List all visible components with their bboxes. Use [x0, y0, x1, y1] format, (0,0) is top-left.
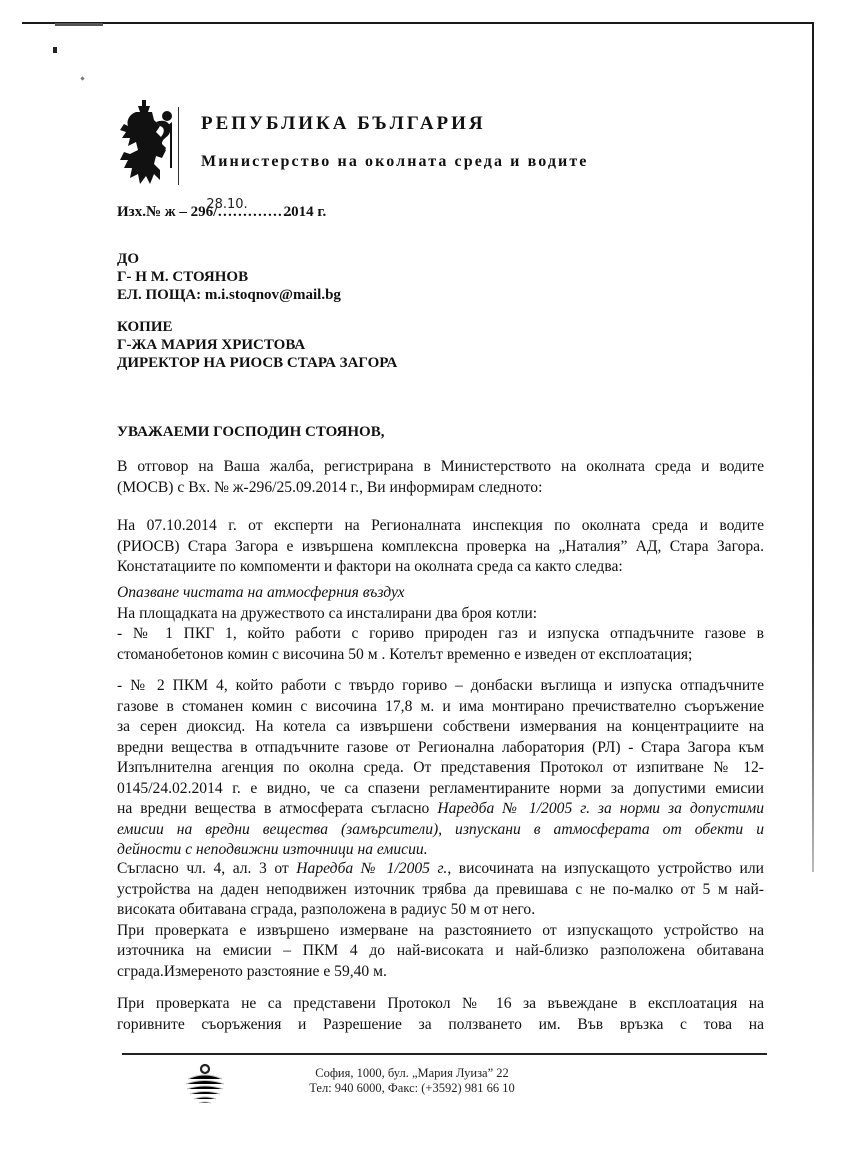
text-line: - № 1 ПКГ 1, който работи с гориво приро…: [117, 624, 764, 645]
country-title: РЕПУБЛИКА БЪЛГАРИЯ: [201, 113, 486, 135]
text-line: източника на емисии – ПКМ 4 до най-висок…: [117, 941, 764, 962]
text-line: на вредни вещества в атмосферата съгласн…: [117, 799, 764, 820]
section-heading: Опазване чистата на атмосферния въздух: [117, 583, 764, 604]
ministry-title: Министерство на околната среда и водите: [201, 153, 589, 171]
text-line: вредни вещества в отпадъчните газове от …: [117, 738, 764, 759]
copy-name: Г-ЖА МАРИЯ ХРИСТОВА: [117, 336, 397, 354]
text-line: (РИОСВ) Стара Загора е извършена комплек…: [117, 537, 764, 558]
copy-position: ДИРЕКТОР НА РИОСВ СТАРА ЗАГОРА: [117, 354, 397, 372]
letterhead-divider: [178, 107, 179, 185]
text-line: Съгласно чл. 4, ал. 3 от Наредба № 1/200…: [117, 859, 764, 880]
greeting: УВАЖАЕМИ ГОСПОДИН СТОЯНОВ,: [117, 423, 384, 441]
text-line: В отговор на Ваша жалба, регистрирана в …: [117, 457, 764, 478]
recipient-email: m.i.stoqnov@mail.bg: [205, 287, 341, 303]
text-line: стоманобетонов комин с височина 50 м . К…: [117, 645, 764, 666]
paragraph-boiler-2: - № 2 ПКМ 4, който работи с твърдо горив…: [117, 676, 764, 861]
text-line: Констатациите по компоменти и фактори на…: [117, 557, 764, 578]
text-line: сграда.Измереното разстояние е 59,40 м.: [117, 962, 764, 983]
recipient-name: Г- Н М. СТОЯНОВ: [117, 268, 341, 286]
paragraph-protocol: При проверката не са представени Протоко…: [117, 994, 764, 1035]
paragraph-chimney-height: Съгласно чл. 4, ал. 3 от Наредба № 1/200…: [117, 859, 764, 982]
text-line: При проверката не са представени Протоко…: [117, 994, 764, 1015]
text-line: - № 2 ПКМ 4, който работи с твърдо горив…: [117, 676, 764, 697]
text-line: (МОСВ) с Вх. № ж-296/25.09.2014 г., Ви и…: [117, 478, 764, 499]
handwritten-date: 28.10.: [206, 197, 247, 212]
scan-speck: [80, 76, 84, 80]
regulation-reference: Наредба № 1/2005 г.: [296, 860, 447, 877]
text-line: високата обитавана сграда, разположена в…: [117, 900, 764, 921]
text-line: газове в стоманен комин с височина 17,8 …: [117, 697, 764, 718]
recipient-block: ДО Г- Н М. СТОЯНОВ ЕЛ. ПОЩА: m.i.stoqnov…: [117, 250, 341, 304]
footer-address: София, 1000, бул. „Мария Луиза” 22: [298, 1066, 526, 1081]
scan-border-top: [22, 22, 814, 24]
text-line: за серен диоксид. На котела са извършени…: [117, 717, 764, 738]
text-line: горивните съоръжения и Разрешение за пол…: [117, 1015, 764, 1036]
ministry-sun-logo-icon: [178, 1061, 232, 1107]
scan-speck: [53, 47, 57, 53]
text-line: устройства на даден неподвижен източник …: [117, 880, 764, 901]
coat-of-arms-lion-icon: [116, 98, 178, 190]
email-label: ЕЛ. ПОЩА:: [117, 287, 201, 303]
reference-year: 2014 г.: [284, 204, 327, 220]
text-line: 0145/24.02.2014 г. е видно, че са спазен…: [117, 779, 764, 800]
paragraph-intro: В отговор на Ваша жалба, регистрирана в …: [117, 457, 764, 498]
copy-label: КОПИЕ: [117, 318, 397, 336]
copy-block: КОПИЕ Г-ЖА МАРИЯ ХРИСТОВА ДИРЕКТОР НА РИ…: [117, 318, 397, 372]
footer-contact: София, 1000, бул. „Мария Луиза” 22 Тел: …: [298, 1066, 526, 1096]
text-line: На 07.10.2014 г. от експерти на Регионал…: [117, 516, 764, 537]
text-line: емисии на вредни вещества (замърсители),…: [117, 820, 764, 841]
scan-smudge: [55, 23, 103, 26]
text-line: Изпълнителна агенция по околна среда. От…: [117, 758, 764, 779]
text-line: При проверката е извършено измерване на …: [117, 921, 764, 942]
text-run: , височината на изпускащото устройство и…: [447, 860, 764, 877]
regulation-reference: Наредба № 1/2005 г. за норми за допустим…: [437, 800, 764, 817]
text-run: на вредни вещества в атмосферата съгласн…: [117, 800, 437, 817]
outgoing-reference: Изх.№ ж – 296/……………28.10.2014 г.: [117, 203, 326, 222]
footer-divider: [122, 1053, 767, 1055]
paragraph-inspection: На 07.10.2014 г. от експерти на Регионал…: [117, 516, 764, 578]
to-label: ДО: [117, 250, 341, 268]
text-line: дейности с неподвижни източници на емиси…: [117, 840, 764, 861]
scan-border-right: [812, 22, 814, 872]
text-line: На площадката на дружеството са инсталир…: [117, 604, 764, 625]
reference-prefix: Изх.№ ж – 296/: [117, 204, 217, 220]
paragraph-air-quality: Опазване чистата на атмосферния въздух Н…: [117, 583, 764, 665]
text-run: Съгласно чл. 4, ал. 3 от: [117, 860, 296, 877]
recipient-email-line: ЕЛ. ПОЩА: m.i.stoqnov@mail.bg: [117, 286, 341, 304]
footer-phone-fax: Тел: 940 6000, Факс: (+3592) 981 66 10: [298, 1081, 526, 1096]
